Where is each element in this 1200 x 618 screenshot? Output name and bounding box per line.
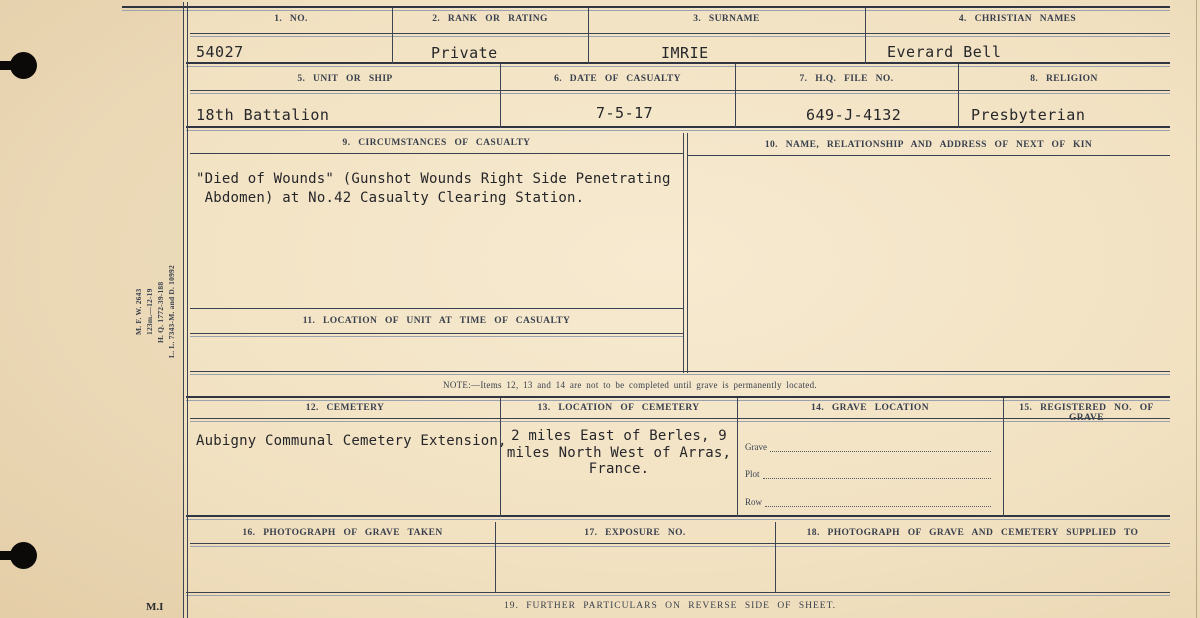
- column-divider: [500, 398, 501, 517]
- divider: [186, 396, 1170, 398]
- page-edge: [1196, 0, 1197, 618]
- divider: [186, 62, 1170, 64]
- field-value-no: 54027: [196, 43, 244, 61]
- field-value-date-of-casualty: 7-5-17: [596, 104, 653, 122]
- plot-dotted-line: [763, 468, 991, 479]
- divider: [190, 543, 1170, 544]
- field-value-circumstances: "Died of Wounds" (Gunshot Wounds Right S…: [196, 170, 676, 207]
- field-value-hq-file-no: 649-J-4132: [806, 106, 901, 124]
- punch-hole-bottom: [10, 542, 37, 569]
- corner-mark: M.I: [146, 601, 163, 613]
- field-label-hq-file-no: 7. H.Q. FILE NO.: [735, 74, 958, 84]
- divider: [687, 155, 1170, 156]
- field-label-exposure-no: 17. EXPOSURE NO.: [495, 528, 775, 538]
- form-print-line: M. F. W. 2643: [133, 256, 144, 368]
- divider: [190, 546, 1170, 547]
- grave-line: Grave: [745, 441, 991, 452]
- field-label-unit-location: 11. LOCATION OF UNIT AT TIME OF CASUALTY: [190, 316, 683, 326]
- grave-dotted-line: [770, 441, 991, 452]
- divider: [190, 33, 1170, 34]
- column-divider: [683, 133, 684, 373]
- field-label-rank: 2. RANK OR RATING: [392, 14, 588, 24]
- field-label-unit: 5. UNIT OR SHIP: [190, 74, 500, 84]
- form-print-line: 123m.—12-19: [144, 256, 155, 368]
- row-label: Row: [745, 497, 762, 507]
- casualty-record-card: 1. NO. 2. RANK OR RATING 3. SURNAME 4. C…: [0, 0, 1200, 618]
- divider: [186, 595, 1170, 596]
- field-label-religion: 8. RELIGION: [958, 74, 1170, 84]
- field-label-cemetery-location: 13. LOCATION OF CEMETERY: [500, 403, 737, 413]
- divider: [122, 6, 1170, 8]
- column-divider: [687, 133, 688, 373]
- field-label-christian-names: 4. CHRISTIAN NAMES: [865, 14, 1170, 24]
- field-value-christian-names: Everard Bell: [887, 43, 1001, 61]
- field-value-surname: IMRIE: [661, 44, 709, 62]
- form-print-codes: M. F. W. 2643 123m.—12-19 H. Q. 1772-39-…: [133, 256, 181, 368]
- divider: [186, 130, 1170, 131]
- field-value-rank: Private: [431, 44, 498, 62]
- divider: [186, 519, 1170, 520]
- field-label-date-of-casualty: 6. DATE OF CASUALTY: [500, 74, 735, 84]
- divider: [186, 515, 1170, 517]
- divider: [190, 90, 1170, 91]
- divider: [190, 36, 1170, 37]
- left-form-border: [187, 2, 188, 618]
- field-label-surname: 3. SURNAME: [588, 14, 865, 24]
- grave-label: Grave: [745, 442, 767, 452]
- field-label-photo-taken: 16. PHOTOGRAPH OF GRAVE TAKEN: [190, 528, 495, 538]
- field-value-religion: Presbyterian: [971, 106, 1085, 124]
- field-label-circumstances: 9. CIRCUMSTANCES OF CASUALTY: [190, 138, 683, 148]
- divider: [186, 126, 1170, 128]
- divider: [190, 93, 1170, 94]
- divider: [186, 400, 1170, 401]
- form-print-line: L. L. 7343-M. and D. 10992: [166, 256, 177, 368]
- divider: [190, 374, 1170, 375]
- field-value-cemetery: Aubigny Communal Cemetery Extension,: [196, 433, 507, 449]
- divider: [190, 333, 683, 334]
- field-label-photo-supplied: 18. PHOTOGRAPH OF GRAVE AND CEMETERY SUP…: [775, 528, 1170, 538]
- field-label-grave-location: 14. GRAVE LOCATION: [737, 403, 1003, 413]
- left-form-border: [183, 2, 184, 618]
- divider: [186, 66, 1170, 67]
- column-divider: [737, 398, 738, 517]
- divider: [190, 371, 1170, 372]
- field-value-cemetery-location: 2 miles East of Berles, 9 miles North We…: [504, 428, 734, 478]
- form-print-line: H. Q. 1772-39-188: [155, 256, 166, 368]
- field-label-registered-no: 15. REGISTERED NO. OF GRAVE: [1003, 403, 1170, 423]
- field-label-no: 1. NO.: [190, 14, 392, 24]
- note-items-12-13-14: NOTE:—Items 12, 13 and 14 are not to be …: [190, 380, 1070, 390]
- note-further-particulars: 19. FURTHER PARTICULARS ON REVERSE SIDE …: [190, 601, 1150, 611]
- divider: [122, 10, 1170, 11]
- divider: [190, 308, 683, 309]
- divider: [190, 153, 683, 154]
- plot-label: Plot: [745, 469, 760, 479]
- divider: [186, 592, 1170, 593]
- row-line: Row: [745, 496, 991, 507]
- row-dotted-line: [765, 496, 991, 507]
- punch-hole-top: [10, 52, 37, 79]
- divider: [190, 336, 683, 337]
- field-value-unit: 18th Battalion: [196, 106, 329, 124]
- field-label-next-of-kin: 10. NAME, RELATIONSHIP AND ADDRESS OF NE…: [687, 140, 1170, 150]
- plot-line: Plot: [745, 468, 991, 479]
- field-label-cemetery: 12. CEMETERY: [190, 403, 500, 413]
